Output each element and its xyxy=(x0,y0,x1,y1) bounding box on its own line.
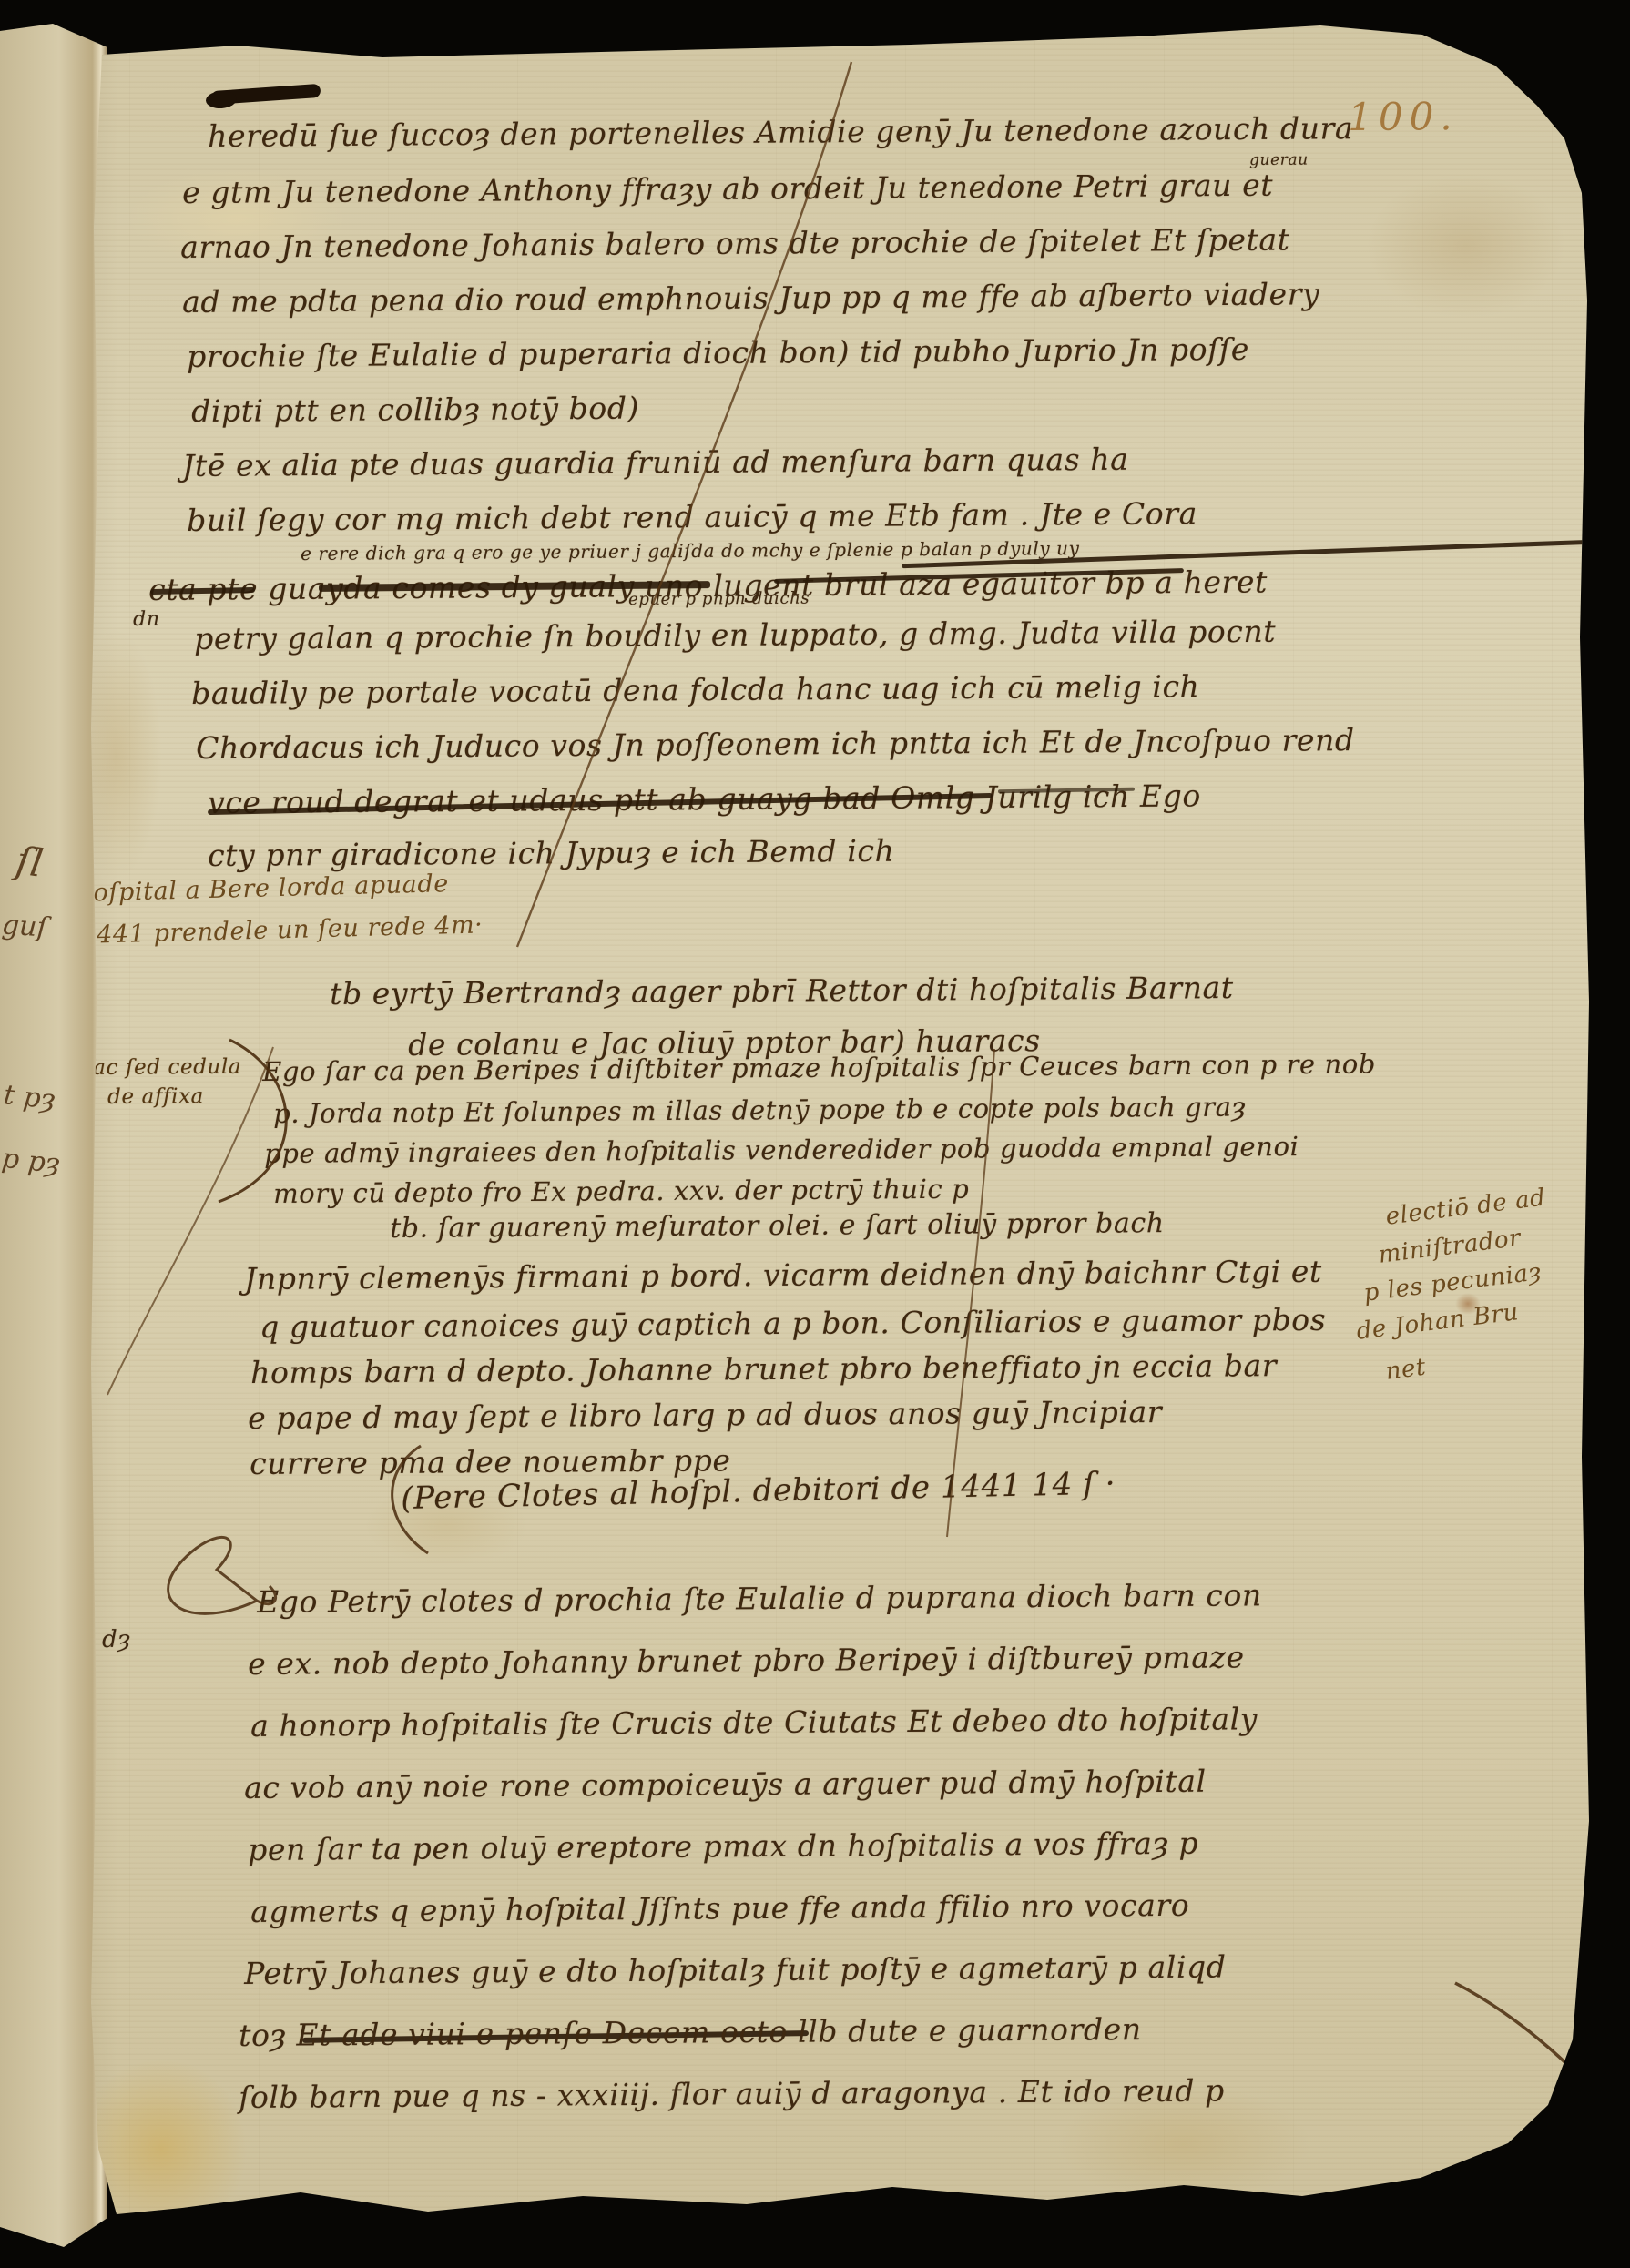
para1-line: prochie ſte Eulalie d puperaria dioch bo… xyxy=(187,331,1249,374)
para3-line: p. Jorda notp Et ſolunpes m illas detnȳ … xyxy=(273,1092,1246,1129)
para2-line: Chordacus ich Juduco vos Jn poſſeonem ic… xyxy=(196,722,1355,766)
edge-text-fragment: guſ xyxy=(1,909,48,943)
para2-line: Jtē ex alia pte duas guardia fruniū ad m… xyxy=(182,442,1129,483)
para5-line: ſolb barn pue q ns - xxxiiij. flor auiȳ … xyxy=(239,2072,1225,2115)
para5-line-struck: toȝ Et ade viui e penſe Decem octo llb d… xyxy=(239,2011,1142,2053)
para2-line: baudily pe portale vocatū dena folcda ha… xyxy=(191,668,1200,711)
entry-heading-line: tb eyrtȳ Bertrandȝ aager pbrī Rettor dti… xyxy=(330,970,1234,1012)
para5-line: agmerts q epnȳ hoſpital Jſſnts pue ffe a… xyxy=(250,1887,1189,1929)
para5-line: ac vob anȳ noie rone compoiceuȳs a argue… xyxy=(244,1764,1207,1805)
corner-pen-stroke xyxy=(1455,1983,1605,2105)
para5-line: a honorp hoſpitalis ſte Crucis dte Ciuta… xyxy=(250,1701,1258,1744)
manuscript-scan: ſl guſ t pȝ p pȝ 100. heredū ſue ſuccoȝ … xyxy=(0,0,1630,2268)
para1-line: arnao Jn tenedone Johanis balero oms dte… xyxy=(180,221,1290,265)
interlinear-insertion: e rere dich gra q ero ge ye priuer j gal… xyxy=(301,537,1080,564)
ink-smear xyxy=(205,90,237,109)
para5-line: e ex. nob depto Johanny brunet pbro Beri… xyxy=(248,1639,1245,1682)
para4-line: Jnpnrȳ clemenȳs firmani p bord. vicarm d… xyxy=(244,1254,1322,1297)
margin-mark: dȝ xyxy=(102,1626,131,1653)
para5-line: pen ſar ta pen oluȳ ereptore pmax dn hoſ… xyxy=(248,1826,1198,1867)
paper-stain xyxy=(1366,173,1566,319)
margin-note-hospital-line: Hoſpital a Bere lorda apuade xyxy=(71,870,449,908)
para2-line: petry galan q prochie ſn boudily en lupp… xyxy=(194,614,1276,656)
margin-note-cedula-line: fac ſed cedula xyxy=(85,1055,241,1080)
margin-note-electio-line: electiō de ad xyxy=(1384,1184,1547,1230)
para3-line: Ego ſar ca pen Beripes i diſtbiter pmaze… xyxy=(262,1048,1376,1087)
para5-line: Petrȳ Johanes guȳ e dto hoſpitalȝ fuit p… xyxy=(244,1948,1227,1991)
para5-line: Ego Petrȳ clotes d prochia ſte Eulalie d… xyxy=(257,1577,1262,1620)
margin-note-cedula-line: de affixa xyxy=(107,1084,204,1109)
margin-note-electio-line: net xyxy=(1384,1354,1428,1386)
para1-line: dipti ptt en collibȝ notȳ bod) xyxy=(191,391,639,429)
para2-line: cty pnr giradicone ich Jypuȝ e ich Bemd … xyxy=(208,833,895,873)
para2-line: buil ſegy cor mg mich debt rend auicȳ q … xyxy=(187,495,1197,538)
edge-text-fragment: p pȝ xyxy=(0,1143,61,1180)
margin-mark: dn xyxy=(133,608,160,631)
edge-text-fragment: t pȝ xyxy=(2,1079,56,1116)
para4-line: e pape d may ſept e libro larg p ad duos… xyxy=(248,1394,1162,1436)
superscript-insertion: epuer p pnph duichs xyxy=(628,589,810,609)
para3-line: ppe admȳ ingraiees den hoſpitalis vender… xyxy=(264,1131,1299,1169)
para1-line: ad me pdta pena dio roud emphnouis Jup p… xyxy=(182,276,1319,320)
folio-number: 100. xyxy=(1348,94,1459,139)
para4-line: homps barn d depto. Johanne brunet pbro … xyxy=(250,1348,1277,1390)
margin-note-electio-line: de Johan Bru xyxy=(1355,1298,1520,1346)
manuscript-page: 100. heredū ſue ſuccoȝ den portenelles A… xyxy=(0,0,1630,2268)
entry-subheading: tb. ſar guarenȳ meſurator olei. e ſart o… xyxy=(390,1207,1165,1245)
edge-text-fragment: ſl xyxy=(13,838,46,886)
prev-page-edge: ſl guſ t pȝ p pȝ xyxy=(0,0,107,2268)
para4-line: q guatuor canoices guȳ captich a p bon. … xyxy=(260,1302,1326,1345)
para1-line: e gtm Ju tenedone Anthony ffraȝy ab orde… xyxy=(182,168,1273,210)
margin-note-hospital-line: 1441 prendele un ſeu rede 4m· xyxy=(80,910,484,950)
para3-line: mory cū depto fro Ex pedra. xxv. der pct… xyxy=(273,1174,969,1209)
superscript-insertion: guerau xyxy=(1249,151,1309,169)
para1-line: heredū ſue ſuccoȝ den portenelles Amidie… xyxy=(208,110,1353,154)
